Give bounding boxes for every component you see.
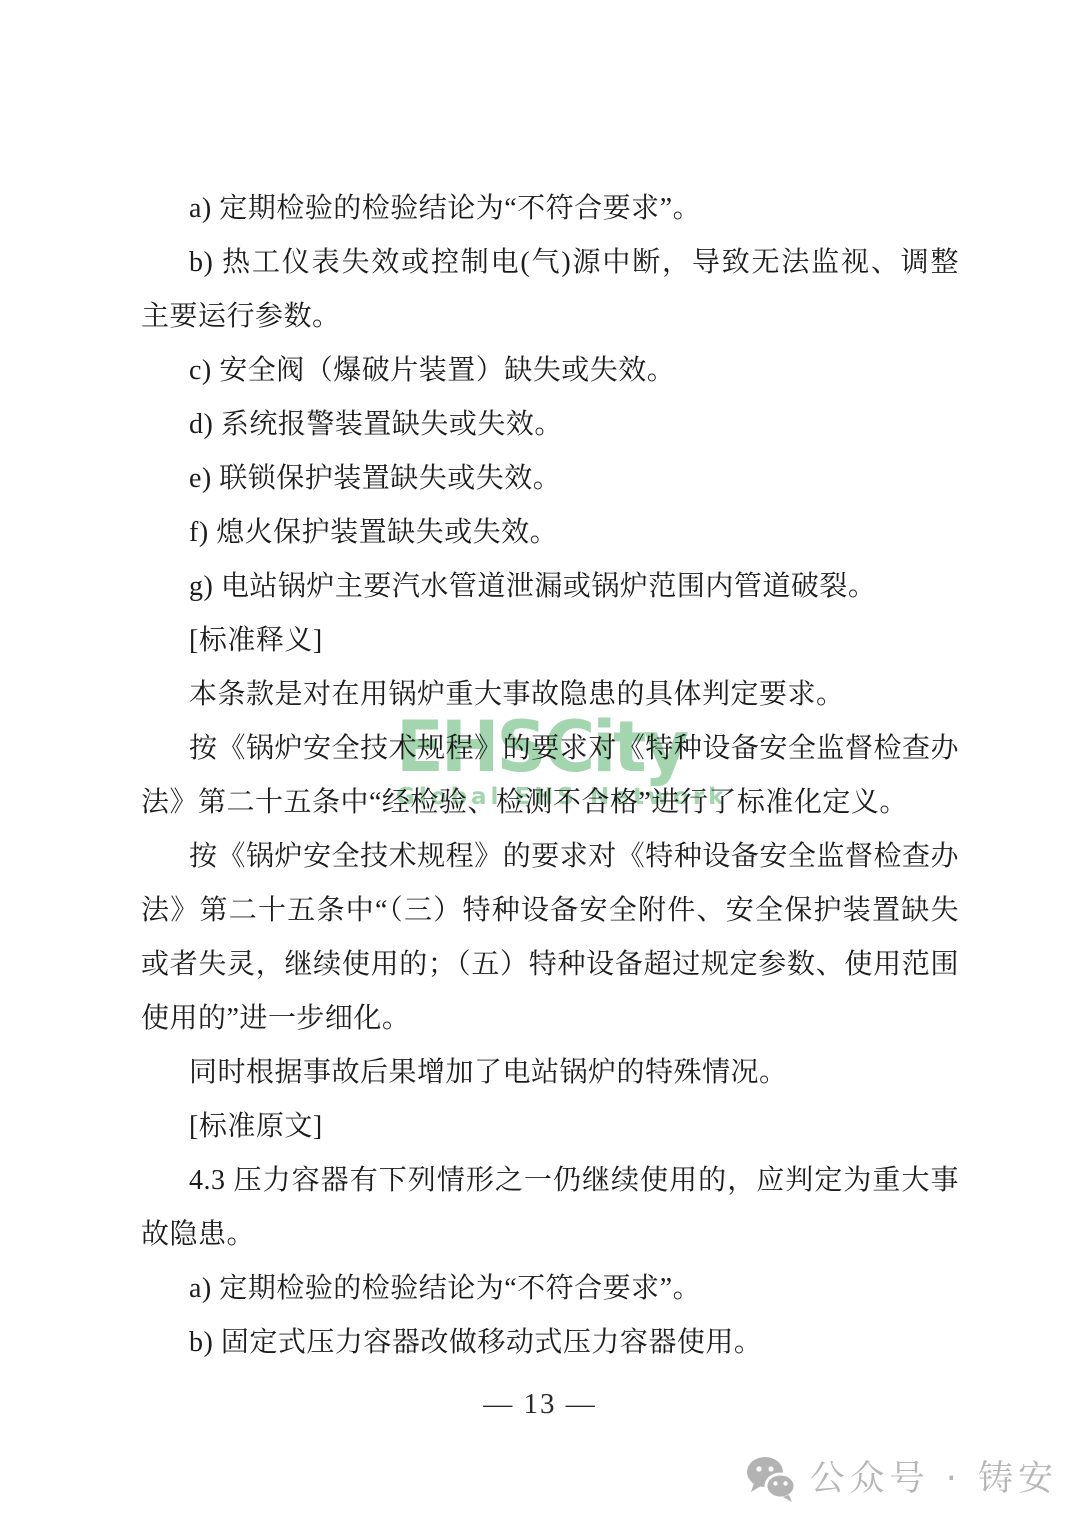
doc-line: 按《锅炉安全技术规程》的要求对《特种设备安全监督检查办	[141, 830, 959, 884]
doc-line: 本条款是对在用锅炉重大事故隐患的具体判定要求。	[141, 668, 959, 722]
footer-watermark-label: 公众号 · 铸安	[810, 1455, 1058, 1503]
page-number: — 13 —	[0, 1388, 1080, 1421]
doc-line: 4.3 压力容器有下列情形之一仍继续使用的，应判定为重大事	[141, 1154, 959, 1208]
doc-line: 法》第二十五条中“（三）特种设备安全附件、安全保护装置缺失	[141, 884, 959, 938]
doc-line: a) 定期检验的检验结论为“不符合要求”。	[141, 1262, 959, 1316]
document-page: EHSCity Global EHS Network a) 定期检验的检验结论为…	[0, 0, 1080, 1527]
doc-line: b) 热工仪表失效或控制电(气)源中断，导致无法监视、调整	[141, 236, 959, 290]
doc-line: f) 熄火保护装置缺失或失效。	[141, 506, 959, 560]
doc-line: [标准原文]	[141, 1100, 959, 1154]
doc-line: 法》第二十五条中“经检验、检测不合格”进行了标准化定义。	[141, 776, 959, 830]
doc-line: 或者失灵，继续使用的；（五）特种设备超过规定参数、使用范围	[141, 938, 959, 992]
doc-line: 主要运行参数。	[141, 290, 959, 344]
doc-line: 故隐患。	[141, 1208, 959, 1262]
doc-line: d) 系统报警装置缺失或失效。	[141, 398, 959, 452]
doc-line: 同时根据事故后果增加了电站锅炉的特殊情况。	[141, 1046, 959, 1100]
footer-watermark: 公众号 · 铸安	[746, 1455, 1058, 1503]
doc-line: 使用的”进一步细化。	[141, 992, 959, 1046]
doc-line: [标准释义]	[141, 614, 959, 668]
wechat-icon	[746, 1455, 796, 1503]
doc-line: 按《锅炉安全技术规程》的要求对《特种设备安全监督检查办	[141, 722, 959, 776]
doc-line: a) 定期检验的检验结论为“不符合要求”。	[141, 182, 959, 236]
doc-line: b) 固定式压力容器改做移动式压力容器使用。	[141, 1316, 959, 1370]
doc-line: c) 安全阀（爆破片装置）缺失或失效。	[141, 344, 959, 398]
doc-line: g) 电站锅炉主要汽水管道泄漏或锅炉范围内管道破裂。	[141, 560, 959, 614]
doc-line: e) 联锁保护装置缺失或失效。	[141, 452, 959, 506]
doc-lines: a) 定期检验的检验结论为“不符合要求”。b) 热工仪表失效或控制电(气)源中断…	[141, 182, 959, 1370]
